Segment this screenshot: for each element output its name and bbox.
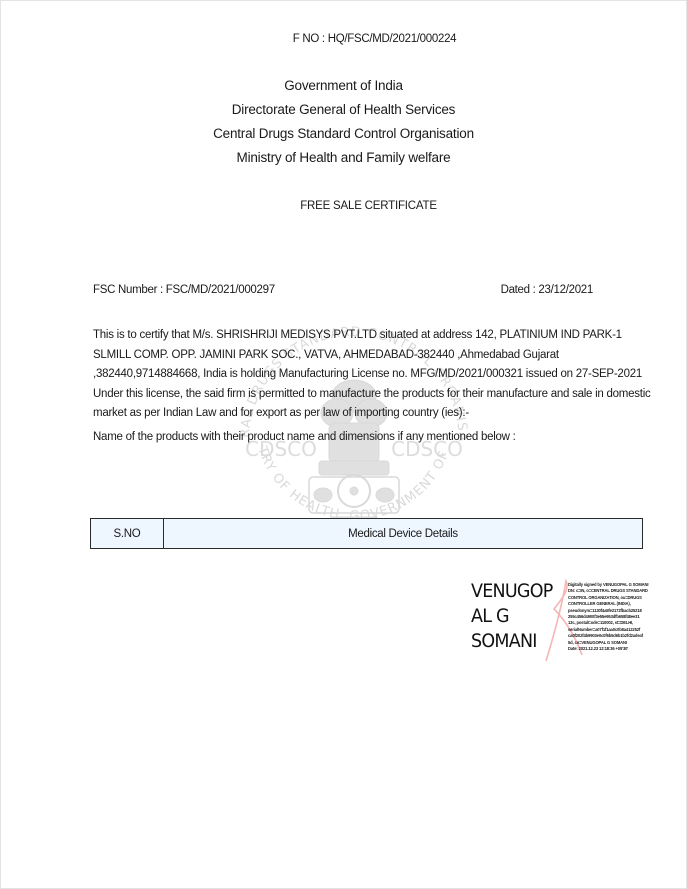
header-line-government: Government of India	[1, 74, 686, 98]
column-header-device-details: Medical Device Details	[164, 519, 642, 548]
fsc-number: FSC Number : FSC/MD/2021/000297	[93, 284, 275, 296]
header-line-ministry: Ministry of Health and Family welfare	[1, 146, 686, 170]
issuing-authority-header: Government of India Directorate General …	[1, 74, 686, 170]
digital-signature-block[interactable]: VENUGOP AL G SOMANI Digitally signed by …	[471, 579, 651, 659]
products-intro-line: Name of the products with their product …	[93, 428, 653, 448]
header-line-cdsco: Central Drugs Standard Control Organisat…	[1, 122, 686, 146]
signature-details: Digitally signed by VENUGOPAL G SOMANI D…	[568, 582, 667, 652]
medical-device-table-header: S.NO Medical Device Details	[90, 518, 643, 549]
column-header-sno: S.NO	[91, 519, 164, 548]
signer-name: VENUGOP AL G SOMANI	[471, 579, 553, 654]
issue-date: Dated : 23/12/2021	[501, 284, 593, 296]
document-title: FREE SALE CERTIFICATE	[1, 200, 686, 212]
certificate-page: F NO : HQ/FSC/MD/2021/000224 Government …	[0, 0, 687, 889]
header-line-dghs: Directorate General of Health Services	[1, 98, 686, 122]
file-number: F NO : HQ/FSC/MD/2021/000224	[1, 33, 686, 45]
fsc-info-row: FSC Number : FSC/MD/2021/000297 Dated : …	[93, 284, 593, 296]
certificate-body: This is to certify that M/s. SHRISHRIJI …	[93, 326, 653, 447]
certification-paragraph: This is to certify that M/s. SHRISHRIJI …	[93, 326, 653, 424]
